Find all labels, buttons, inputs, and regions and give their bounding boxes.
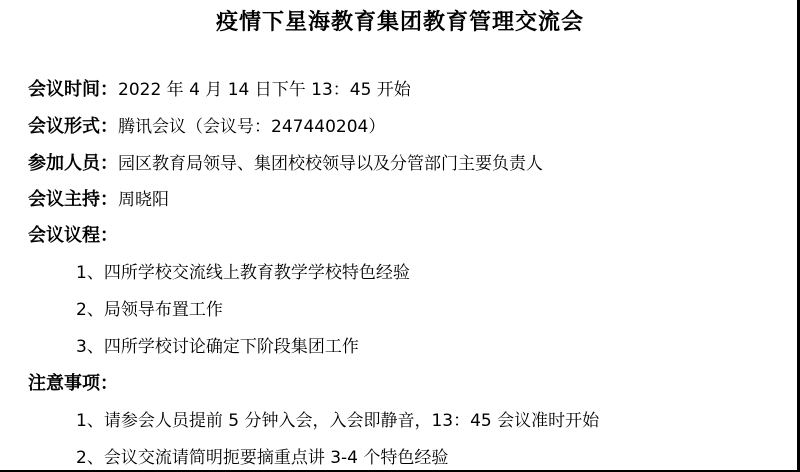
agenda-item: 2、局领导布置工作 bbox=[76, 297, 223, 323]
meeting-format-label: 会议形式： bbox=[28, 116, 118, 137]
meeting-format-value: 腾讯会议（会议号：247440204） bbox=[118, 117, 385, 137]
host-row: 会议主持：周晓阳 bbox=[28, 187, 169, 213]
meeting-time-value: 2022 年 4 月 14 日下午 13：45 开始 bbox=[118, 80, 411, 100]
attendees-value: 园区教育局领导、集团校校领导以及分管部门主要负责人 bbox=[118, 154, 543, 174]
notes-heading: 注意事项： bbox=[28, 373, 118, 394]
meeting-format-row: 会议形式：腾讯会议（会议号：247440204） bbox=[28, 114, 385, 140]
attendees-label: 参加人员： bbox=[28, 153, 118, 174]
notes-heading-row: 注意事项： bbox=[28, 371, 118, 397]
agenda-heading-row: 会议议程： bbox=[28, 223, 118, 249]
host-value: 周晓阳 bbox=[118, 190, 169, 210]
host-label: 会议主持： bbox=[28, 189, 118, 210]
meeting-time-row: 会议时间：2022 年 4 月 14 日下午 13：45 开始 bbox=[28, 77, 411, 103]
agenda-item: 1、四所学校交流线上教育教学学校特色经验 bbox=[76, 260, 410, 286]
agenda-item: 3、四所学校讨论确定下阶段集团工作 bbox=[76, 334, 359, 360]
notes-item: 1、请参会人员提前 5 分钟入会，入会即静音，13：45 会议准时开始 bbox=[76, 408, 599, 434]
document-title: 疫情下星海教育集团教育管理交流会 bbox=[0, 6, 800, 38]
document-page: 疫情下星海教育集团教育管理交流会 会议时间：2022 年 4 月 14 日下午 … bbox=[0, 0, 800, 472]
meeting-time-label: 会议时间： bbox=[28, 79, 118, 100]
agenda-heading: 会议议程： bbox=[28, 225, 118, 246]
attendees-row: 参加人员：园区教育局领导、集团校校领导以及分管部门主要负责人 bbox=[28, 151, 543, 177]
notes-item: 2、会议交流请简明扼要摘重点讲 3-4 个特色经验 bbox=[76, 445, 448, 471]
